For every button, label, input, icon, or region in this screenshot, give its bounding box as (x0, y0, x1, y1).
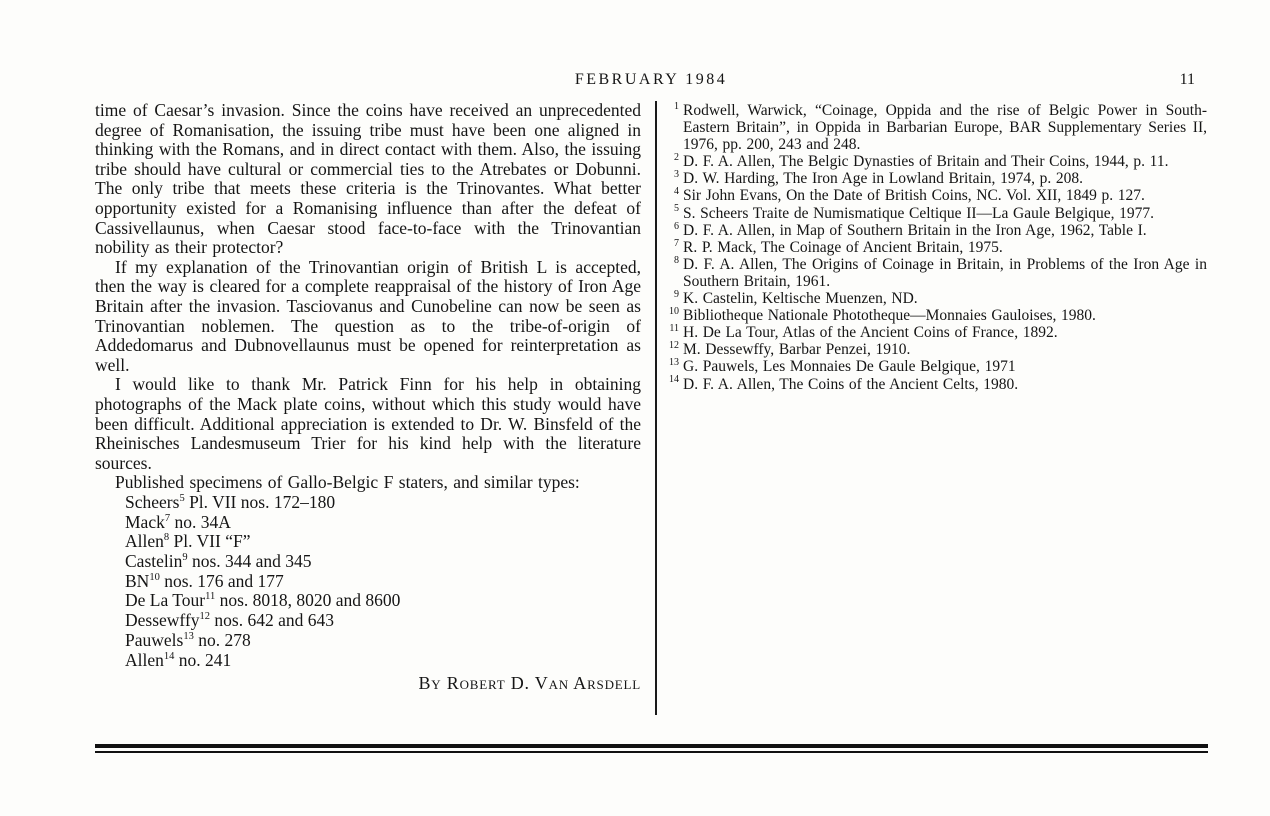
footnote-entry: 2D. F. A. Allen, The Belgic Dynasties of… (666, 153, 1207, 170)
specimen-item: BN10 nos. 176 and 177 (125, 572, 641, 592)
footnote-entry: 8D. F. A. Allen, The Origins of Coinage … (666, 256, 1207, 290)
specimen-item: Dessewffy12 nos. 642 and 643 (125, 611, 641, 631)
specimen-source: Mack (125, 512, 165, 532)
article-paragraph: If my explanation of the Trinovantian or… (95, 258, 641, 376)
footnote-text: D. W. Harding, The Iron Age in Lowland B… (683, 170, 1083, 187)
footer-rule-thin (95, 751, 1208, 753)
footnote-reference-mark: 13 (183, 631, 194, 642)
specimen-item: Allen8 Pl. VII “F” (125, 532, 641, 552)
footer-rule-thick (95, 744, 1208, 748)
footnote-text: K. Castelin, Keltische Muenzen, ND. (683, 290, 918, 307)
article-paragraph: time of Caesar’s invasion. Since the coi… (95, 101, 641, 258)
specimen-source: Dessewffy (125, 610, 200, 630)
footnote-reference-mark: 10 (149, 572, 160, 583)
specimen-detail: no. 278 (194, 630, 251, 650)
page-header: FEBRUARY 1984 11 (95, 69, 1207, 91)
specimen-item: Mack7 no. 34A (125, 513, 641, 533)
footnote-entry: 11H. De La Tour, Atlas of the Ancient Co… (666, 324, 1207, 341)
footnote-text: S. Scheers Traite de Numismatique Celtiq… (683, 205, 1154, 222)
footnote-text: D. F. A. Allen, in Map of Southern Brita… (683, 222, 1147, 239)
specimen-source: Pauwels (125, 630, 183, 650)
two-column-body: time of Caesar’s invasion. Since the coi… (95, 101, 1207, 721)
column-divider-rule (655, 101, 657, 715)
specimen-source: Allen (125, 531, 164, 551)
issue-date-heading: FEBRUARY 1984 (95, 69, 1207, 91)
specimen-detail: Pl. VII nos. 172–180 (185, 492, 335, 512)
specimen-detail: nos. 642 and 643 (210, 610, 334, 630)
footnote-text: Rodwell, Warwick, “Coinage, Oppida and t… (683, 102, 1207, 153)
footnote-entry: 4Sir John Evans, On the Date of British … (666, 187, 1207, 204)
specimen-item: Pauwels13 no. 278 (125, 631, 641, 651)
specimen-detail: Pl. VII “F” (169, 531, 250, 551)
footnote-text: H. De La Tour, Atlas of the Ancient Coin… (683, 324, 1058, 341)
author-byline: By Robert D. Van Arsdell (95, 673, 641, 694)
specimen-detail: nos. 8018, 8020 and 8600 (215, 590, 400, 610)
footnote-entry: 13G. Pauwels, Les Monnaies De Gaule Belg… (666, 358, 1207, 375)
footnotes-column: 1Rodwell, Warwick, “Coinage, Oppida and … (666, 102, 1207, 393)
specimen-detail: nos. 176 and 177 (160, 571, 284, 591)
page-number: 11 (1180, 69, 1195, 91)
footnote-entry: 12M. Dessewffy, Barbar Penzei, 1910. (666, 341, 1207, 358)
footnote-text: R. P. Mack, The Coinage of Ancient Brita… (683, 239, 1003, 256)
footnote-entry: 1Rodwell, Warwick, “Coinage, Oppida and … (666, 102, 1207, 153)
footnote-reference-mark: 12 (200, 611, 211, 622)
specimen-item: Scheers5 Pl. VII nos. 172–180 (125, 493, 641, 513)
footnote-entry: 9K. Castelin, Keltische Muenzen, ND. (666, 290, 1207, 307)
footer-double-rule (95, 744, 1208, 753)
footnote-text: D. F. A. Allen, The Belgic Dynasties of … (683, 153, 1168, 170)
footnote-entry: 3D. W. Harding, The Iron Age in Lowland … (666, 170, 1207, 187)
footnote-text: G. Pauwels, Les Monnaies De Gaule Belgiq… (683, 358, 1016, 375)
footnote-reference-mark: 14 (164, 651, 175, 662)
specimen-item: Castelin9 nos. 344 and 345 (125, 552, 641, 572)
article-paragraph: Published specimens of Gallo-Belgic F st… (95, 473, 641, 493)
specimen-list: Scheers5 Pl. VII nos. 172–180Mack7 no. 3… (95, 493, 641, 670)
specimen-source: Scheers (125, 492, 179, 512)
footnote-entry: 7R. P. Mack, The Coinage of Ancient Brit… (666, 239, 1207, 256)
article-paragraphs: time of Caesar’s invasion. Since the coi… (95, 101, 641, 493)
specimen-item: Allen14 no. 241 (125, 651, 641, 671)
specimen-source: Allen (125, 650, 164, 670)
scanned-journal-page: FEBRUARY 1984 11 time of Caesar’s invasi… (0, 0, 1270, 816)
footnote-reference-mark: 11 (205, 592, 215, 603)
footnote-text: D. F. A. Allen, The Origins of Coinage i… (683, 256, 1207, 290)
specimen-source: Castelin (125, 551, 182, 571)
footnote-text: Bibliotheque Nationale Phototheque—Monna… (683, 307, 1096, 324)
footnote-entry: 14D. F. A. Allen, The Coins of the Ancie… (666, 376, 1207, 393)
specimen-item: De La Tour11 nos. 8018, 8020 and 8600 (125, 591, 641, 611)
footnote-entry: 6D. F. A. Allen, in Map of Southern Brit… (666, 222, 1207, 239)
specimen-source: BN (125, 571, 149, 591)
specimen-source: De La Tour (125, 590, 205, 610)
article-paragraph: I would like to thank Mr. Patrick Finn f… (95, 375, 641, 473)
specimen-detail: no. 34A (170, 512, 231, 532)
footnote-entry: 5S. Scheers Traite de Numismatique Celti… (666, 205, 1207, 222)
article-column: time of Caesar’s invasion. Since the coi… (95, 101, 641, 694)
footnote-text: Sir John Evans, On the Date of British C… (683, 187, 1145, 204)
footnote-text: D. F. A. Allen, The Coins of the Ancient… (683, 376, 1018, 393)
footnote-text: M. Dessewffy, Barbar Penzei, 1910. (683, 341, 910, 358)
footnote-entry: 10Bibliotheque Nationale Phototheque—Mon… (666, 307, 1207, 324)
specimen-detail: no. 241 (174, 650, 231, 670)
specimen-detail: nos. 344 and 345 (188, 551, 312, 571)
